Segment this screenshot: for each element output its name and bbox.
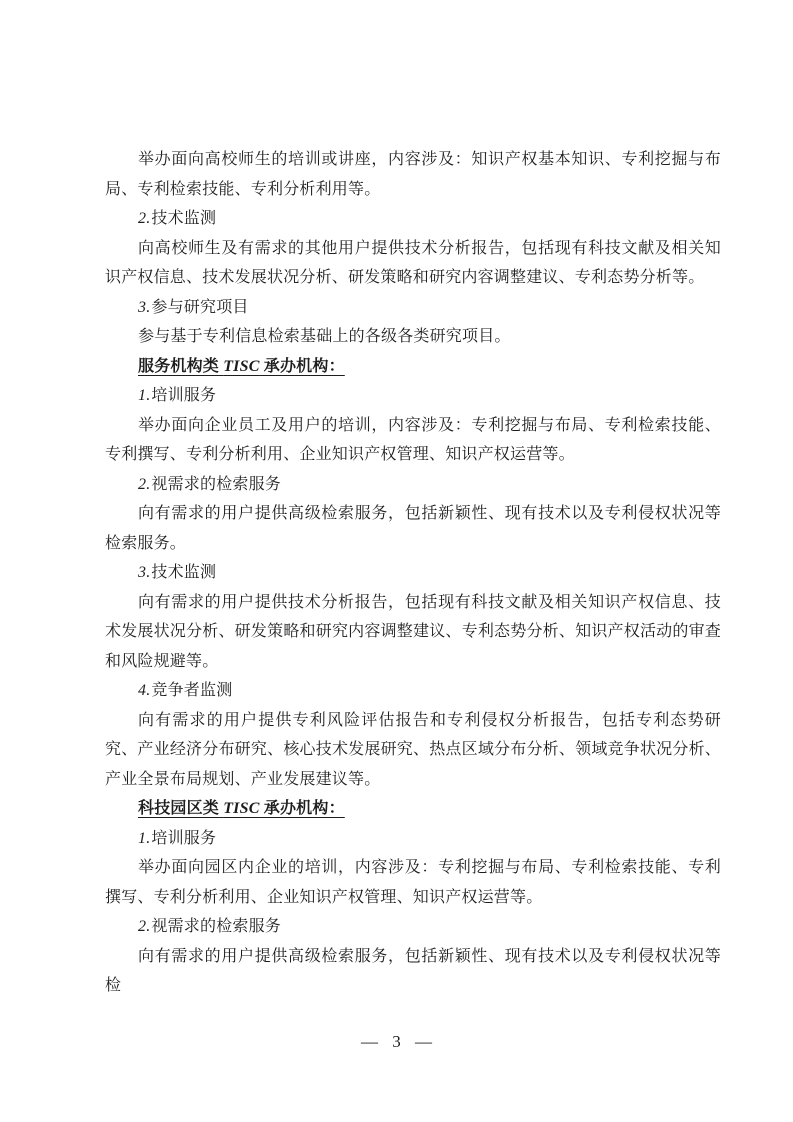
body-paragraph: 向高校师生及有需求的其他用户提供技术分析报告，包括现有科技文献及相关知识产权信息… — [105, 234, 721, 293]
item-number: 1. — [138, 387, 151, 404]
item-title: 视需求的检索服务 — [151, 476, 281, 493]
item-number: 1. — [138, 830, 151, 847]
item-number: 2. — [138, 918, 151, 935]
item-number: 4. — [138, 682, 151, 699]
item-number: 2. — [138, 476, 151, 493]
document-page: 举办面向高校师生的培训或讲座，内容涉及：知识产权基本知识、专利挖掘与布局、专利检… — [0, 0, 793, 1122]
item-number: 3. — [138, 299, 151, 316]
section-heading-text: 科技园区类 TISC 承办机构： — [138, 800, 345, 817]
body-paragraph: 举办面向园区内企业的培训，内容涉及：专利挖掘与布局、专利检索技能、专利撰写、专利… — [105, 853, 721, 912]
item-title: 培训服务 — [151, 387, 216, 404]
body-paragraph: 举办面向企业员工及用户的培训，内容涉及：专利挖掘与布局、专利检索技能、专利撰写、… — [105, 411, 721, 470]
section-heading-text: 服务机构类 TISC 承办机构： — [138, 358, 345, 375]
section-heading: 服务机构类 TISC 承办机构： — [105, 352, 721, 382]
tisc-label: TISC — [223, 358, 259, 375]
item-number: 3. — [138, 564, 151, 581]
body-paragraph: 向有需求的用户提供技术分析报告，包括现有科技文献及相关知识产权信息、技术发展状况… — [105, 588, 721, 677]
body-paragraph: 举办面向高校师生的培训或讲座，内容涉及：知识产权基本知识、专利挖掘与布局、专利检… — [105, 145, 721, 204]
document-body: 举办面向高校师生的培训或讲座，内容涉及：知识产权基本知识、专利挖掘与布局、专利检… — [105, 145, 721, 1001]
numbered-item-heading: 3.参与研究项目 — [105, 293, 721, 323]
item-number: 2. — [138, 210, 151, 227]
item-title: 培训服务 — [151, 830, 216, 847]
item-title: 技术监测 — [151, 210, 216, 227]
numbered-item-heading: 1.培训服务 — [105, 381, 721, 411]
numbered-item-heading: 1.培训服务 — [105, 824, 721, 854]
body-paragraph: 向有需求的用户提供高级检索服务，包括新颖性、现有技术以及专利侵权状况等检索服务。 — [105, 499, 721, 558]
page-number: — 3 — — [361, 1032, 432, 1051]
item-title: 竞争者监测 — [151, 682, 232, 699]
numbered-item-heading: 2.视需求的检索服务 — [105, 470, 721, 500]
heading-prefix: 服务机构类 — [138, 358, 223, 375]
item-title: 视需求的检索服务 — [151, 918, 281, 935]
numbered-item-heading: 3.技术监测 — [105, 558, 721, 588]
body-paragraph: 向有需求的用户提供专利风险评估报告和专利侵权分析报告，包括专利态势研究、产业经济… — [105, 706, 721, 795]
section-heading: 科技园区类 TISC 承办机构： — [105, 794, 721, 824]
heading-suffix: 承办机构： — [260, 358, 345, 375]
body-paragraph: 参与基于专利信息检索基础上的各级各类研究项目。 — [105, 322, 721, 352]
page-footer: — 3 — — [0, 1032, 793, 1052]
numbered-item-heading: 2.技术监测 — [105, 204, 721, 234]
heading-prefix: 科技园区类 — [138, 800, 223, 817]
tisc-label: TISC — [223, 800, 259, 817]
item-title: 参与研究项目 — [151, 299, 248, 316]
item-title: 技术监测 — [151, 564, 216, 581]
numbered-item-heading: 4.竞争者监测 — [105, 676, 721, 706]
numbered-item-heading: 2.视需求的检索服务 — [105, 912, 721, 942]
body-paragraph-truncated: 向有需求的用户提供高级检索服务，包括新颖性、现有技术以及专利侵权状况等检 — [105, 942, 721, 1001]
heading-suffix: 承办机构： — [260, 800, 345, 817]
